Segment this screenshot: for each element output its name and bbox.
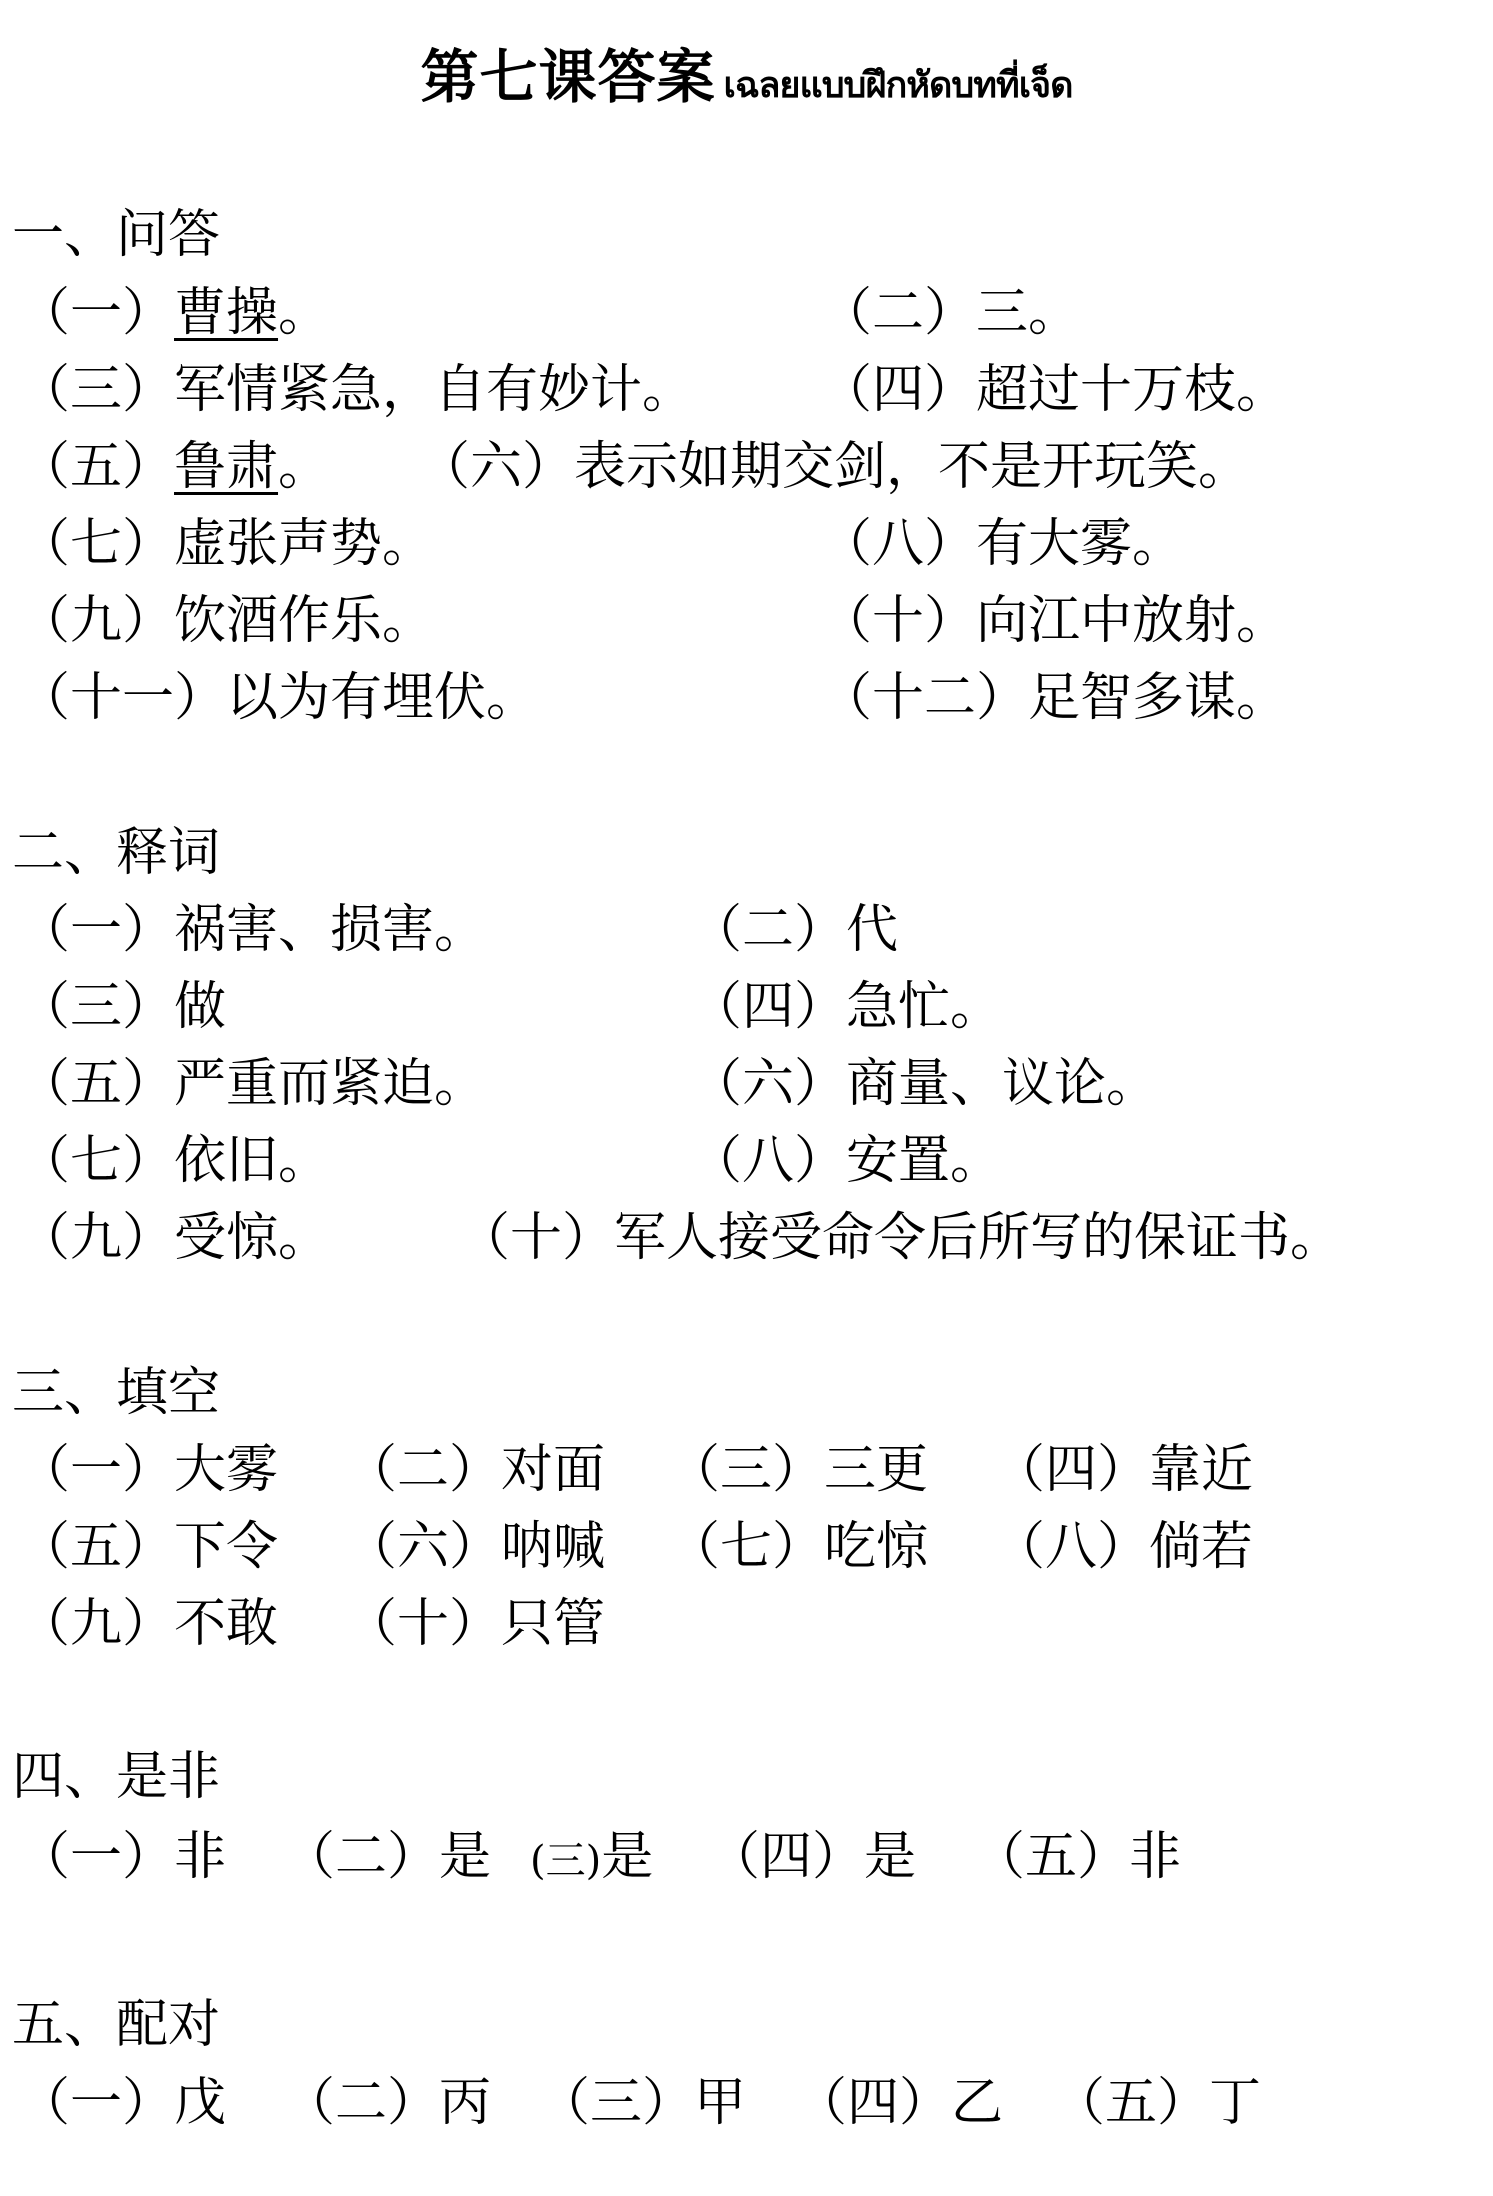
item-number: （十） [458, 1208, 614, 1268]
answer-item: （二）丙 [283, 2068, 491, 2138]
answer-item: （一）非 [18, 1822, 226, 1892]
item-number: (三) [530, 1838, 601, 1884]
answer-item: （九）受惊。 [18, 1203, 330, 1273]
answer-text: 以为有埋伏。 [226, 668, 538, 728]
answer-text: 三更 [824, 1440, 928, 1500]
answer-key-page: 第七课答案เฉลยแบบฝึกหัดบทที่เจ็ด 一、问答 （一）曹操。 … [0, 0, 1493, 2196]
item-number: （五） [973, 1827, 1129, 1887]
answer-text: 非 [1129, 1827, 1181, 1887]
answer-underlined: 曹操 [174, 283, 278, 343]
item-number: （一） [18, 1440, 174, 1500]
answer-item: （七）虚张声势。 [18, 509, 434, 579]
answer-text: 做 [174, 977, 226, 1037]
answer-item: (三)是 [530, 1822, 653, 1896]
answer-text: 只管 [501, 1594, 605, 1654]
section-heading-true-false: 四、是非 [12, 1742, 220, 1812]
answer-text: 吃惊 [824, 1517, 928, 1577]
item-number: （三） [18, 977, 174, 1037]
item-number: （四） [820, 360, 976, 420]
answer-text: 有大雾。 [976, 514, 1184, 574]
title-thai: เฉลยแบบฝึกหัดบทที่เจ็ด [724, 65, 1073, 106]
answer-text: 下令 [174, 1517, 278, 1577]
item-number: （八） [993, 1517, 1149, 1577]
title-chinese: 第七课答案 [421, 43, 716, 111]
item-number: （十） [820, 591, 976, 651]
answer-text: 丙 [439, 2073, 491, 2133]
page-title: 第七课答案เฉลยแบบฝึกหัดบทที่เจ็ด [0, 30, 1493, 114]
answer-text: 严重而紧迫。 [174, 1054, 486, 1114]
answer-item: （一）曹操。 [18, 278, 330, 348]
item-number: （七） [18, 514, 174, 574]
answer-text: 戊 [174, 2073, 226, 2133]
answer-text: 饮酒作乐。 [174, 591, 434, 651]
item-number: （十） [345, 1594, 501, 1654]
answer-item: （四）乙 [795, 2068, 1003, 2138]
answer-text: 丁 [1209, 2073, 1261, 2133]
item-number: （八） [820, 514, 976, 574]
answer-item: （四）靠近 [993, 1435, 1253, 1505]
item-number: （三） [538, 2073, 694, 2133]
item-number: （五） [18, 1054, 174, 1114]
item-number: （一） [18, 1827, 174, 1887]
item-number: （二） [820, 283, 976, 343]
answer-text: 。 [278, 283, 330, 343]
answer-item: （八）倘若 [993, 1512, 1253, 1582]
answer-text: 对面 [501, 1440, 605, 1500]
answer-item: （二）代 [690, 895, 898, 965]
item-number: （五） [1053, 2073, 1209, 2133]
answer-text: 。 [278, 437, 330, 497]
answer-item: （七）吃惊 [668, 1512, 928, 1582]
answer-item: （十二）足智多谋。 [820, 663, 1288, 733]
answer-item: （八）有大雾。 [820, 509, 1184, 579]
item-number: （一） [18, 283, 174, 343]
item-number: （六） [690, 1054, 846, 1114]
item-number: （一） [18, 2073, 174, 2133]
answer-item: （五）下令 [18, 1512, 278, 1582]
answer-item: （五）非 [973, 1822, 1181, 1892]
item-number: （五） [18, 1517, 174, 1577]
item-number: （二） [283, 2073, 439, 2133]
answer-text: 倘若 [1149, 1517, 1253, 1577]
answer-item: （二）对面 [345, 1435, 605, 1505]
item-number: （三） [668, 1440, 824, 1500]
answer-item: （三）做 [18, 972, 226, 1042]
answer-underlined: 鲁肃 [174, 437, 278, 497]
item-number: （四） [708, 1827, 864, 1887]
item-number: （六） [345, 1517, 501, 1577]
item-number: （八） [690, 1131, 846, 1191]
answer-item: （十）只管 [345, 1589, 605, 1659]
item-number: （十二） [820, 668, 1028, 728]
answer-item: （四）是 [708, 1822, 916, 1892]
answer-item: （三）甲 [538, 2068, 746, 2138]
answer-text: 急忙。 [846, 977, 1002, 1037]
answer-text: 甲 [694, 2073, 746, 2133]
answer-text: 是 [439, 1827, 491, 1887]
answer-text: 祸害、损害。 [174, 900, 486, 960]
answer-text: 军人接受命令后所写的保证书。 [614, 1208, 1342, 1268]
item-number: （二） [345, 1440, 501, 1500]
answer-item: （四）超过十万枝。 [820, 355, 1288, 425]
answer-text: 安置。 [846, 1131, 1002, 1191]
section-heading-matching: 五、配对 [12, 1990, 220, 2060]
answer-item: （二）三。 [820, 278, 1080, 348]
answer-item: （六）商量、议论。 [690, 1049, 1158, 1119]
answer-item: （九）不敢 [18, 1589, 278, 1659]
answer-item: （五）严重而紧迫。 [18, 1049, 486, 1119]
item-number: （十一） [18, 668, 226, 728]
item-number: （二） [283, 1827, 439, 1887]
item-number: （三） [18, 360, 174, 420]
answer-text: 非 [174, 1827, 226, 1887]
answer-item: （十一）以为有埋伏。 [18, 663, 538, 733]
answer-text: 受惊。 [174, 1208, 330, 1268]
item-number: （一） [18, 900, 174, 960]
item-number: （九） [18, 1594, 174, 1654]
item-number: （六） [418, 437, 574, 497]
answer-item: （九）饮酒作乐。 [18, 586, 434, 656]
section-heading-qa: 一、问答 [12, 200, 220, 270]
answer-item: （一）大雾 [18, 1435, 278, 1505]
answer-item: （七）依旧。 [18, 1126, 330, 1196]
item-number: （四） [993, 1440, 1149, 1500]
item-number: （九） [18, 1208, 174, 1268]
answer-item: （五）丁 [1053, 2068, 1261, 2138]
section-heading-fill-blank: 三、填空 [12, 1358, 220, 1428]
answer-item: （十）军人接受命令后所写的保证书。 [458, 1203, 1342, 1273]
section-heading-definitions: 二、释词 [12, 818, 220, 888]
item-number: （九） [18, 591, 174, 651]
item-number: （七） [668, 1517, 824, 1577]
item-number: （五） [18, 437, 174, 497]
answer-text: 足智多谋。 [1028, 668, 1288, 728]
item-number: （四） [690, 977, 846, 1037]
answer-text: 是 [864, 1827, 916, 1887]
answer-text: 超过十万枝。 [976, 360, 1288, 420]
answer-text: 虚张声势。 [174, 514, 434, 574]
answer-text: 不敢 [174, 1594, 278, 1654]
answer-text: 呐喊 [501, 1517, 605, 1577]
answer-item: （五）鲁肃。 [18, 432, 330, 502]
item-number: （七） [18, 1131, 174, 1191]
answer-item: （十）向江中放射。 [820, 586, 1288, 656]
answer-item: （三）三更 [668, 1435, 928, 1505]
answer-text: 依旧。 [174, 1131, 330, 1191]
answer-text: 商量、议论。 [846, 1054, 1158, 1114]
answer-item: （一）祸害、损害。 [18, 895, 486, 965]
answer-text: 大雾 [174, 1440, 278, 1500]
answer-item: （六）表示如期交剑，不是开玩笑。 [418, 432, 1250, 502]
answer-item: （二）是 [283, 1822, 491, 1892]
answer-text: 三。 [976, 283, 1080, 343]
answer-item: （三）军情紧急，自有妙计。 [18, 355, 694, 425]
answer-text: 向江中放射。 [976, 591, 1288, 651]
answer-item: （四）急忙。 [690, 972, 1002, 1042]
answer-text: 是 [601, 1827, 653, 1887]
item-number: （四） [795, 2073, 951, 2133]
answer-text: 军情紧急，自有妙计。 [174, 360, 694, 420]
answer-text: 靠近 [1149, 1440, 1253, 1500]
item-number: （二） [690, 900, 846, 960]
answer-item: （一）戊 [18, 2068, 226, 2138]
answer-text: 乙 [951, 2073, 1003, 2133]
answer-item: （六）呐喊 [345, 1512, 605, 1582]
answer-item: （八）安置。 [690, 1126, 1002, 1196]
answer-text: 代 [846, 900, 898, 960]
answer-text: 表示如期交剑，不是开玩笑。 [574, 437, 1250, 497]
